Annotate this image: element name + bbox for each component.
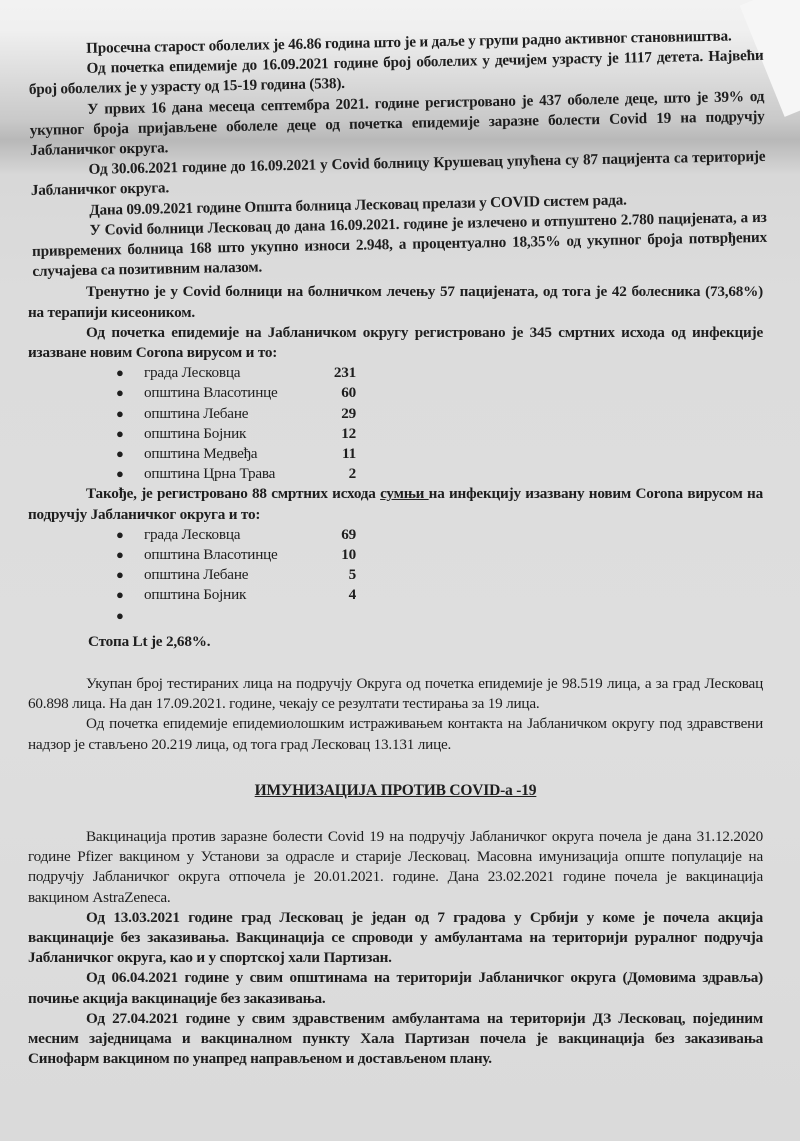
list-item: ●општина Црна Трава2 xyxy=(116,464,763,484)
list-item: ●општина Бојник4 xyxy=(116,585,763,605)
list-item: ●општина Власотинце60 xyxy=(116,383,763,403)
municipality-name: општина Лебане xyxy=(144,404,312,424)
underlined-text: сумњи xyxy=(380,485,429,502)
paragraph-suspected-deaths: Такође, је регистровано 88 смртних исход… xyxy=(28,484,763,524)
paragraph-contact-tracing: Од почетка епидемије епидемиолошким истр… xyxy=(28,714,763,754)
bullet-icon: ● xyxy=(116,525,144,545)
spacer xyxy=(28,652,763,674)
list-item: ●општина Бојник12 xyxy=(116,424,763,444)
municipality-name: града Лесковца xyxy=(144,363,312,383)
list-item: ●општина Лебане5 xyxy=(116,565,763,585)
list-item: ●општина Власотинце10 xyxy=(116,545,763,565)
document-body: Просечна старост оболелих је 46.86 годин… xyxy=(28,40,763,1069)
list-item: ● xyxy=(116,606,763,626)
municipality-name: општина Бојник xyxy=(144,424,312,444)
text-run: Такође, је регистровано 88 смртних исход… xyxy=(86,485,380,502)
municipality-name: општина Власотинце xyxy=(144,383,312,403)
bullet-icon: ● xyxy=(116,464,144,484)
bullet-icon: ● xyxy=(116,565,144,585)
bullet-icon: ● xyxy=(116,404,144,424)
municipality-name: општина Власотинце xyxy=(144,545,312,565)
bullet-icon: ● xyxy=(116,444,144,464)
death-count: 10 xyxy=(312,545,356,565)
bullet-icon: ● xyxy=(116,585,144,605)
paragraph-no-appointment-leskovac: Од 13.03.2021 године град Лесковац је је… xyxy=(28,908,763,969)
death-count: 11 xyxy=(312,444,356,464)
paragraph-deaths-intro: Од почетка епидемије на Јабланичком окру… xyxy=(28,323,763,363)
municipality-name: општина Црна Трава xyxy=(144,464,312,484)
list-item: ●града Лесковца69 xyxy=(116,525,763,545)
list-item: ●града Лесковца231 xyxy=(116,363,763,383)
bullet-icon: ● xyxy=(116,383,144,403)
municipality-name: општина Бојник xyxy=(144,585,312,605)
death-count: 2 xyxy=(312,464,356,484)
suspected-deaths-list: ●града Лесковца69 ●општина Власотинце10 … xyxy=(28,525,763,626)
death-count: 4 xyxy=(312,585,356,605)
document-page: Просечна старост оболелих је 46.86 годин… xyxy=(0,0,800,1141)
bullet-icon: ● xyxy=(116,545,144,565)
death-count: 5 xyxy=(312,565,356,585)
paragraph-sinopharm: Од 27.04.2021 године у свим здравственим… xyxy=(28,1009,763,1070)
list-item: ●општина Лебане29 xyxy=(116,404,763,424)
bullet-icon: ● xyxy=(116,424,144,444)
death-count: 69 xyxy=(312,525,356,545)
death-count: 12 xyxy=(312,424,356,444)
confirmed-deaths-list: ●града Лесковца231 ●општина Власотинце60… xyxy=(28,363,763,484)
paragraph-current-patients: Тренутно је у Covid болници на болничком… xyxy=(28,282,763,322)
death-count: 60 xyxy=(312,383,356,403)
municipality-name: општина Лебане xyxy=(144,565,312,585)
bullet-icon: ● xyxy=(116,363,144,383)
bullet-icon: ● xyxy=(116,606,144,626)
municipality-name: града Лесковца xyxy=(144,525,312,545)
paragraph-testing-total: Укупан број тестираних лица на подручју … xyxy=(28,674,763,714)
section-heading-immunization: ИМУНИЗАЦИЈА ПРОТИВ COVID-а -19 xyxy=(28,781,763,801)
death-count: 29 xyxy=(312,404,356,424)
epidemiology-summary: Просечна старост оболелих је 46.86 годин… xyxy=(28,26,768,283)
list-item: ●општина Медвеђа11 xyxy=(116,444,763,464)
death-count: 231 xyxy=(312,363,356,383)
municipality-name: општина Медвеђа xyxy=(144,444,312,464)
paragraph-all-municipalities: Од 06.04.2021 године у свим општинама на… xyxy=(28,968,763,1008)
paragraph-discharged: У Covid болници Лесковац до дана 16.09.2… xyxy=(31,208,767,283)
paragraph-vaccination-start: Вакцинација против заразне болести Covid… xyxy=(28,827,763,908)
lethality-rate: Стопа Lt je 2,68%. xyxy=(28,632,763,652)
